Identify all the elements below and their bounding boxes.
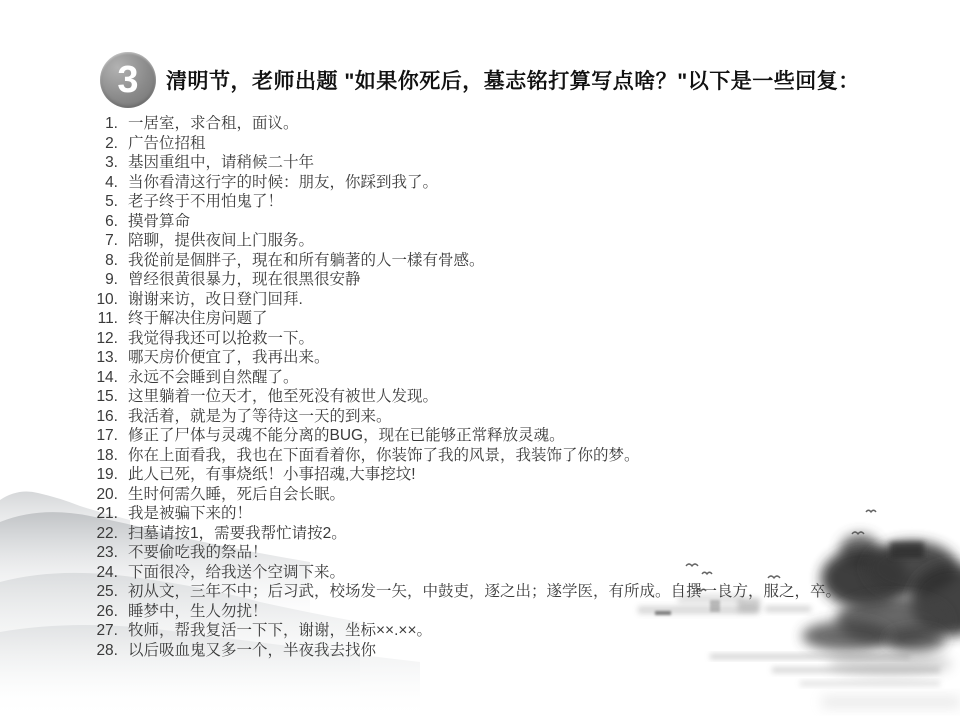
list-item-text: 一居室，求合租，面议。	[128, 114, 299, 134]
list-item-text: 谢谢来访，改日登门回拜.	[128, 290, 303, 310]
list-item-number: 13.	[94, 348, 118, 368]
epitaph-list-item: 23.不要偷吃我的祭品！	[94, 543, 954, 563]
list-item-text: 哪天房价便宜了，我再出来。	[128, 348, 330, 368]
epitaph-list-item: 9.曾经很黄很暴力，现在很黑很安静	[94, 270, 954, 290]
list-item-text: 陪聊，提供夜间上门服务。	[128, 231, 314, 251]
list-item-text: 修正了尸体与灵魂不能分离的BUG，现在已能够正常释放灵魂。	[128, 426, 565, 446]
list-item-text: 初从文，三年不中；后习武，校场发一矢，中鼓吏，逐之出；遂学医，有所成。自撰一良方…	[128, 582, 841, 602]
slide-number-badge: 3	[100, 52, 156, 108]
list-item-number: 10.	[94, 290, 118, 310]
list-item-number: 21.	[94, 504, 118, 524]
epitaph-list-item: 1.一居室，求合租，面议。	[94, 114, 954, 134]
epitaph-list-item: 22.扫墓请按1，需要我帮忙请按2。	[94, 524, 954, 544]
epitaph-list-item: 17.修正了尸体与灵魂不能分离的BUG，现在已能够正常释放灵魂。	[94, 426, 954, 446]
epitaph-list-item: 12.我觉得我还可以抢救一下。	[94, 329, 954, 349]
list-item-number: 22.	[94, 524, 118, 544]
list-item-number: 17.	[94, 426, 118, 446]
list-item-text: 牧师，帮我复活一下下，谢谢，坐标××.××。	[128, 621, 432, 641]
list-item-number: 9.	[94, 270, 118, 290]
list-item-number: 8.	[94, 251, 118, 271]
list-item-number: 11.	[94, 309, 118, 329]
list-item-text: 我活着，就是为了等待这一天的到来。	[128, 407, 392, 427]
list-item-text: 我從前是個胖子，現在和所有躺著的人一樣有骨感。	[128, 251, 485, 271]
list-item-number: 4.	[94, 173, 118, 193]
epitaph-list-item: 6.摸骨算命	[94, 212, 954, 232]
list-item-text: 不要偷吃我的祭品！	[128, 543, 268, 563]
epitaph-list-item: 25.初从文，三年不中；后习武，校场发一矢，中鼓吏，逐之出；遂学医，有所成。自撰…	[94, 582, 954, 602]
presentation-slide: 3 清明节，老师出题 "如果你死后，墓志铭打算写点啥？"以下是一些回复： 1.一…	[0, 0, 960, 720]
list-item-number: 1.	[94, 114, 118, 134]
list-item-text: 当你看清这行字的时候：朋友，你踩到我了。	[128, 173, 438, 193]
epitaph-list-item: 27.牧师，帮我复活一下下，谢谢，坐标××.××。	[94, 621, 954, 641]
list-item-text: 睡梦中，生人勿扰！	[128, 602, 268, 622]
list-item-number: 16.	[94, 407, 118, 427]
list-item-number: 6.	[94, 212, 118, 232]
list-item-number: 12.	[94, 329, 118, 349]
epitaph-list-item: 14.永远不会睡到自然醒了。	[94, 368, 954, 388]
epitaph-list-item: 7.陪聊，提供夜间上门服务。	[94, 231, 954, 251]
list-item-text: 这里躺着一位天才，他至死没有被世人发现。	[128, 387, 438, 407]
list-item-text: 此人已死，有事烧纸！小事招魂,大事挖坟!	[128, 465, 416, 485]
epitaph-list-item: 26.睡梦中，生人勿扰！	[94, 602, 954, 622]
list-item-number: 24.	[94, 563, 118, 583]
epitaph-list-item: 15.这里躺着一位天才，他至死没有被世人发现。	[94, 387, 954, 407]
epitaph-list-item: 18.你在上面看我，我也在下面看着你，你装饰了我的风景，我装饰了你的梦。	[94, 446, 954, 466]
list-item-text: 曾经很黄很暴力，现在很黑很安静	[128, 270, 361, 290]
list-item-number: 5.	[94, 192, 118, 212]
list-item-number: 18.	[94, 446, 118, 466]
epitaph-list-item: 16.我活着，就是为了等待这一天的到来。	[94, 407, 954, 427]
slide-number: 3	[117, 59, 138, 102]
epitaph-list-item: 2.广告位招租	[94, 134, 954, 154]
epitaph-list-item: 8.我從前是個胖子，現在和所有躺著的人一樣有骨感。	[94, 251, 954, 271]
list-item-number: 3.	[94, 153, 118, 173]
epitaph-list-item: 21.我是被骗下来的！	[94, 504, 954, 524]
list-item-number: 15.	[94, 387, 118, 407]
epitaph-list-item: 4.当你看清这行字的时候：朋友，你踩到我了。	[94, 173, 954, 193]
list-item-text: 扫墓请按1，需要我帮忙请按2。	[128, 524, 347, 544]
list-item-text: 我是被骗下来的！	[128, 504, 252, 524]
list-item-number: 7.	[94, 231, 118, 251]
list-item-text: 老子终于不用怕鬼了！	[128, 192, 283, 212]
list-item-text: 基因重组中，请稍候二十年	[128, 153, 314, 173]
list-item-text: 永远不会睡到自然醒了。	[128, 368, 299, 388]
epitaph-list: 1.一居室，求合租，面议。2.广告位招租3.基因重组中，请稍候二十年4.当你看清…	[94, 114, 954, 660]
list-item-number: 14.	[94, 368, 118, 388]
list-item-number: 27.	[94, 621, 118, 641]
list-item-text: 终于解决住房问题了	[128, 309, 268, 329]
list-item-number: 19.	[94, 465, 118, 485]
list-item-text: 以后吸血鬼又多一个，半夜我去找你	[128, 641, 376, 661]
list-item-number: 20.	[94, 485, 118, 505]
epitaph-list-item: 20.生时何需久睡，死后自会长眠。	[94, 485, 954, 505]
list-item-text: 你在上面看我，我也在下面看着你，你装饰了我的风景，我装饰了你的梦。	[128, 446, 640, 466]
slide-title: 清明节，老师出题 "如果你死后，墓志铭打算写点啥？"以下是一些回复：	[166, 69, 926, 95]
epitaph-list-item: 24.下面很冷，给我送个空调下来。	[94, 563, 954, 583]
epitaph-list-item: 3.基因重组中，请稍候二十年	[94, 153, 954, 173]
epitaph-list-item: 28.以后吸血鬼又多一个，半夜我去找你	[94, 641, 954, 661]
list-item-text: 摸骨算命	[128, 212, 190, 232]
epitaph-list-item: 10.谢谢来访，改日登门回拜.	[94, 290, 954, 310]
epitaph-list-item: 5.老子终于不用怕鬼了！	[94, 192, 954, 212]
list-item-number: 28.	[94, 641, 118, 661]
list-item-number: 2.	[94, 134, 118, 154]
epitaph-list-item: 13.哪天房价便宜了，我再出来。	[94, 348, 954, 368]
list-item-number: 23.	[94, 543, 118, 563]
list-item-number: 25.	[94, 582, 118, 602]
epitaph-list-item: 11.终于解决住房问题了	[94, 309, 954, 329]
epitaph-list-item: 19.此人已死，有事烧纸！小事招魂,大事挖坟!	[94, 465, 954, 485]
list-item-text: 下面很冷，给我送个空调下来。	[128, 563, 345, 583]
list-item-number: 26.	[94, 602, 118, 622]
list-item-text: 生时何需久睡，死后自会长眠。	[128, 485, 345, 505]
list-item-text: 我觉得我还可以抢救一下。	[128, 329, 314, 349]
list-item-text: 广告位招租	[128, 134, 206, 154]
